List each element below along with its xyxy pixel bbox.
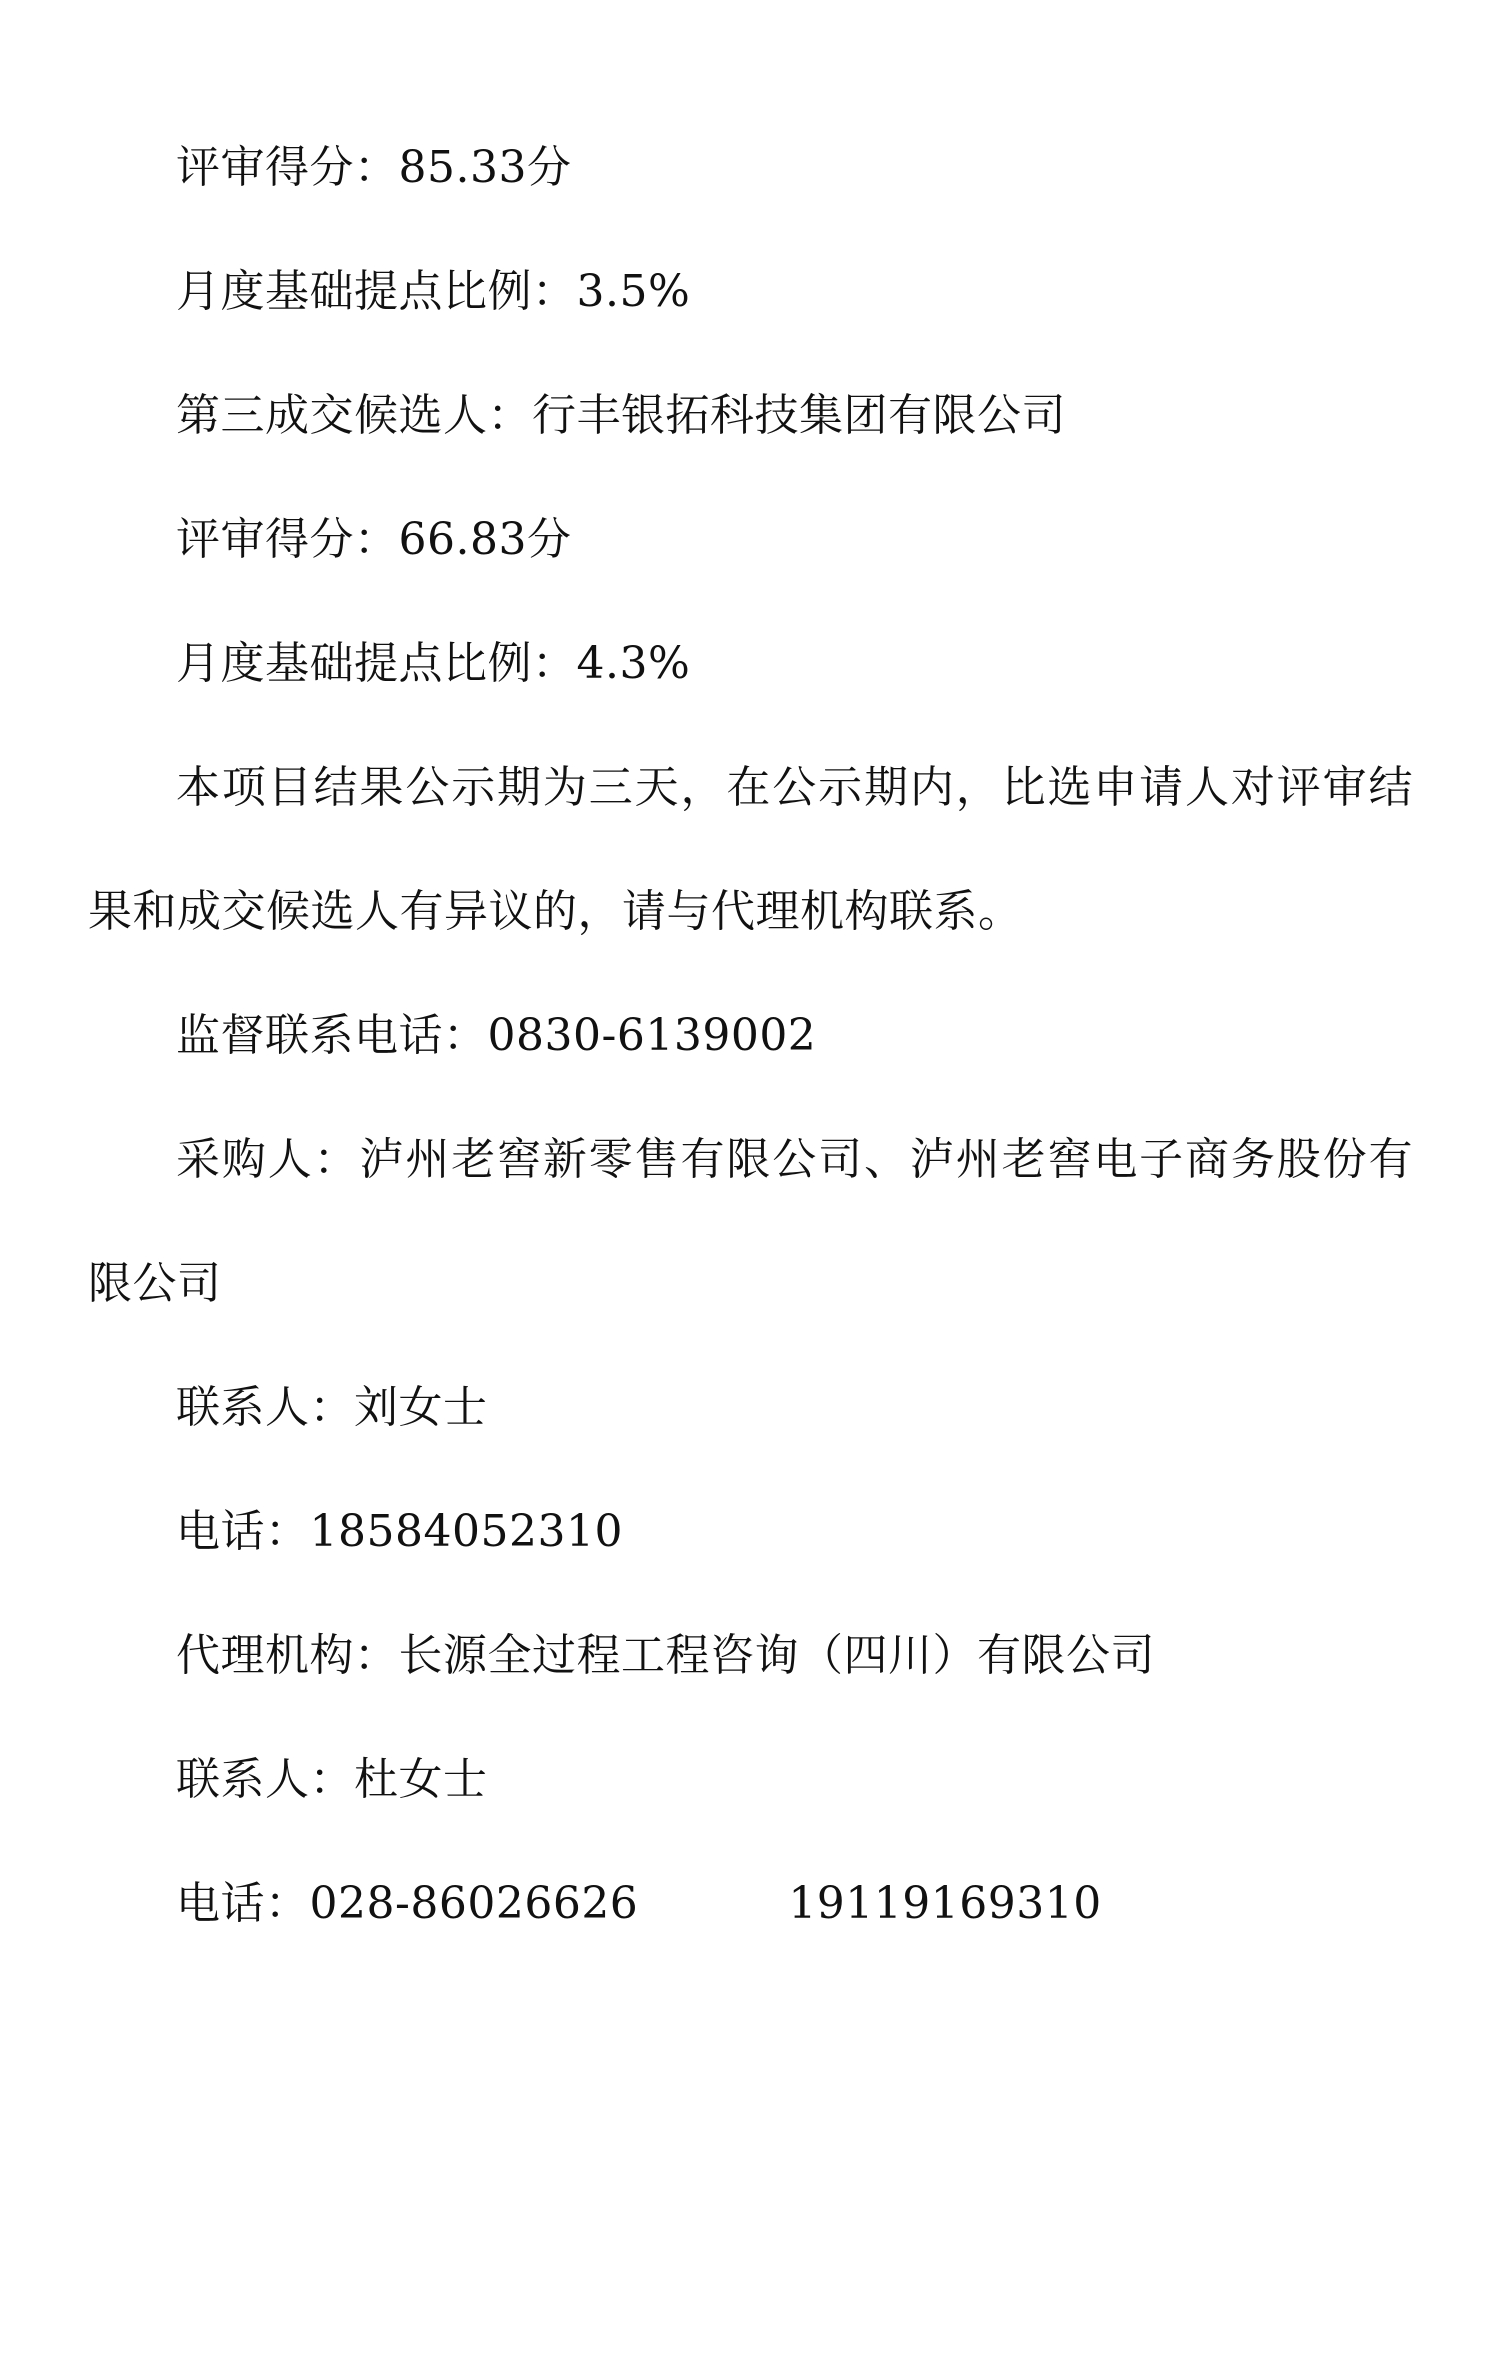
value: 85.33分 [399,142,572,193]
value: 长源全过程工程咨询（四川）有限公司 [399,1630,1156,1681]
agency: 代理机构：长源全过程工程咨询（四川）有限公司 [88,1594,1413,1718]
value: 杜女士 [354,1754,488,1805]
label: 评审得分： [176,142,399,193]
value: 0830-6139002 [488,1010,817,1061]
commission-rate-third-candidate: 月度基础提点比例：4.3% [88,602,1413,726]
label: 代理机构： [176,1630,399,1681]
label: 采购人： [176,1134,359,1185]
value: 18584052310 [310,1506,623,1557]
agency-contact-person: 联系人：杜女士 [88,1718,1413,1842]
agency-phone: 电话：028-8602662619119169310 [88,1842,1413,1966]
value: 028-86026626 [310,1878,639,1929]
score-second-candidate: 评审得分：85.33分 [88,106,1413,230]
label: 第三成交候选人： [176,390,532,441]
value-mobile: 19119169310 [788,1878,1101,1929]
label: 联系人： [176,1754,354,1805]
purchaser-contact-person: 联系人：刘女士 [88,1346,1413,1470]
label: 评审得分： [176,514,399,565]
label: 监督联系电话： [176,1010,488,1061]
purchaser: 采购人：泸州老窖新零售有限公司、泸州老窖电子商务股份有限公司 [88,1098,1413,1346]
value: 刘女士 [354,1382,488,1433]
label: 联系人： [176,1382,354,1433]
supervision-phone: 监督联系电话：0830-6139002 [88,974,1413,1098]
label: 月度基础提点比例： [176,638,577,689]
value: 4.3% [577,638,691,689]
value: 行丰银拓科技集团有限公司 [532,390,1066,441]
label: 电话： [176,1506,310,1557]
label: 月度基础提点比例： [176,266,577,317]
document-page: 评审得分：85.33分 月度基础提点比例：3.5% 第三成交候选人：行丰银拓科技… [88,106,1413,1966]
third-candidate: 第三成交候选人：行丰银拓科技集团有限公司 [88,354,1413,478]
score-third-candidate: 评审得分：66.83分 [88,478,1413,602]
purchaser-phone: 电话：18584052310 [88,1470,1413,1594]
value: 66.83分 [399,514,572,565]
label: 电话： [176,1878,310,1929]
value: 3.5% [577,266,691,317]
publicity-notice: 本项目结果公示期为三天，在公示期内，比选申请人对评审结果和成交候选人有异议的，请… [88,726,1413,974]
commission-rate-second-candidate: 月度基础提点比例：3.5% [88,230,1413,354]
